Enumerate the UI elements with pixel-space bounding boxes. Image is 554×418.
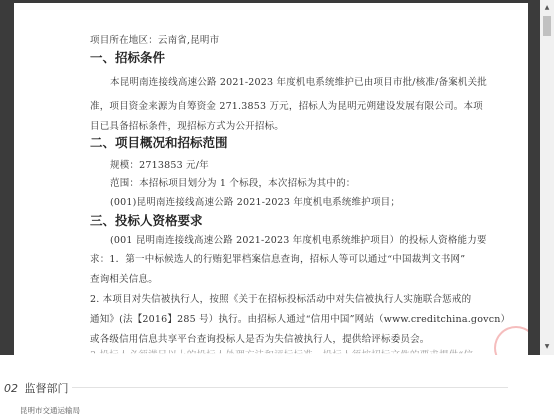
paragraph-line: 准，项目资金来源为自筹资金 271.3853 万元，招标人为昆明元朔建设发展有限… (90, 98, 483, 112)
scrollbar-thumb[interactable] (543, 16, 551, 36)
paragraph-line: 或各级信用信息共享平台查询投标人是否为失信被执行人，提供给评标委员会。 (90, 331, 430, 345)
pdf-viewer: 项目所在地区：云南省,昆明市 一、招标条件 本昆明南连接线高速公路 2021-2… (0, 0, 554, 355)
section-title-text: 监督部门 (25, 382, 69, 395)
project-scope: 范围：本招标项目划分为 1 个标段，本次招标为其中的： (90, 175, 356, 189)
project-scale: 规模：2713853 元/年 (90, 157, 209, 171)
document-page: 项目所在地区：云南省,昆明市 一、招标条件 本昆明南连接线高速公路 2021-2… (14, 3, 528, 355)
supervision-section: 02 监督部门 昆明市交通运输局 (0, 355, 554, 418)
scroll-down-arrow-icon[interactable]: ▼ (540, 341, 554, 353)
viewer-left-border (0, 0, 14, 355)
section-divider (72, 387, 508, 388)
paragraph-line: 2. 本项目对失信被执行人，按照《关于在招标投标活动中对失信被执行人实施联合惩戒… (90, 291, 471, 305)
paragraph-line: 目已具备招标条件，现招标方式为公开招标。 (90, 118, 284, 132)
paragraph-line: 求：1．第一中标候选人的行贿犯罪档案信息查询，招标人等可以通过“中国裁判文书网” (90, 251, 465, 265)
supervising-department: 昆明市交通运输局 (20, 405, 80, 416)
section-heading-bidding-conditions: 一、招标条件 (90, 48, 165, 66)
section-heading-bidder-qualifications: 三、投标人资格要求 (90, 211, 203, 229)
section-number: 02 (4, 382, 18, 395)
paragraph-line: 查询相关信息。 (90, 271, 158, 285)
scroll-up-arrow-icon[interactable]: ▲ (540, 2, 554, 14)
paragraph-line: 通知》(法【2016】285 号）执行。由招标人通过“信用中国”网站（www.c… (90, 311, 510, 325)
red-seal-stamp (494, 326, 528, 355)
viewer-right-border (528, 0, 540, 355)
lot-item: (001)昆明南连接线高速公路 2021-2023 年度机电系统维护项目； (90, 194, 400, 208)
paragraph-line-partial: 3.投标人必须满足以上的投标人处理方法和评标标准，投标人须按招标文件的要求提供“… (90, 347, 473, 355)
paragraph-line: 本昆明南连接线高速公路 2021-2023 年度机电系统维护已由项目市批/核准/… (90, 74, 487, 88)
section-title: 02 监督部门 (4, 380, 69, 396)
vertical-scrollbar[interactable]: ▲ ▼ (540, 0, 554, 355)
paragraph-line: (001 昆明南连接线高速公路 2021-2023 年度机电系统维护项目）的投标… (90, 232, 487, 246)
section-heading-project-overview: 二、项目概况和招标范围 (90, 133, 228, 151)
project-location: 项目所在地区：云南省,昆明市 (90, 32, 219, 46)
